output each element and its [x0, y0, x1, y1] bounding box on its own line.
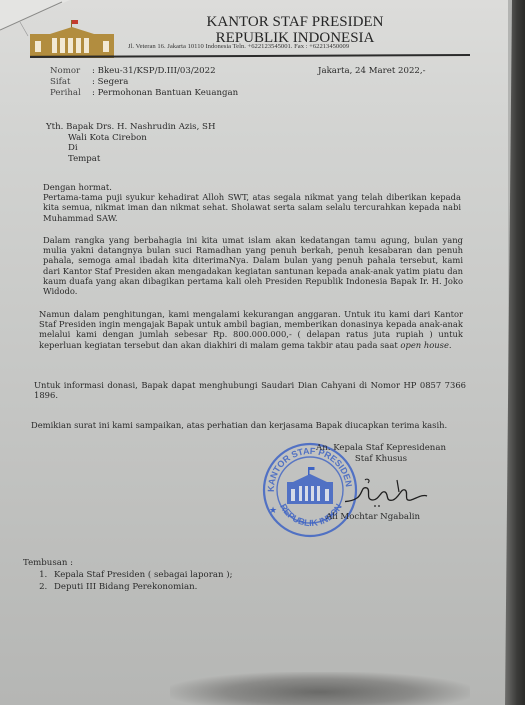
paper-edge-shadow: [505, 0, 525, 705]
open-house-text: open house: [400, 340, 449, 350]
letterhead-title-line1: KANTOR STAF PRESIDEN: [190, 14, 400, 30]
signature-block: An. Kepala Staf Kepresidenan Staf Khusus: [316, 443, 446, 465]
tembusan-item: Kepala Staf Presiden ( sebagai laporan )…: [50, 569, 232, 581]
paragraph-donation-request: Namun dalam penghitungan, kami mengalami…: [39, 309, 463, 350]
tembusan-label: Tembusan :: [23, 557, 232, 569]
perihal-label: Perihal: [50, 88, 92, 99]
letterhead-address: Jl. Veteran 16. Jakarta 10110 Indonesia …: [128, 43, 349, 50]
paragraph-ramadhan: Dalam rangka yang berbahagia ini kita um…: [43, 235, 463, 296]
tembusan-block: Tembusan : Kepala Staf Presiden ( sebaga…: [23, 557, 232, 593]
sifat-label: Sifat: [50, 77, 92, 88]
nomor-label: Nomor: [50, 66, 92, 77]
addressee-line2: Wali Kota Cirebon: [46, 133, 215, 144]
perihal-value: : Permohonan Bantuan Keuangan: [92, 88, 238, 99]
tembusan-item: Deputi III Bidang Perekonomian.: [50, 581, 232, 593]
signatory-title: An. Kepala Staf Kepresidenan: [316, 443, 446, 454]
svg-text:★: ★: [269, 506, 277, 516]
donation-request-end: .: [449, 340, 452, 350]
letter-date: Jakarta, 24 Maret 2022,-: [318, 66, 426, 76]
paragraph-closing: Demikian surat ini kami sampaikan, atas …: [31, 420, 466, 430]
letterhead-title: KANTOR STAF PRESIDEN REPUBLIK INDONESIA: [190, 14, 400, 46]
addressee-line4: Tempat: [46, 154, 215, 165]
signatory-name: Ali Mochtar Ngabalin: [326, 512, 420, 522]
tembusan-list: Kepala Staf Presiden ( sebagai laporan )…: [23, 569, 232, 593]
sifat-value: : Segera: [92, 77, 128, 88]
signatory-position: Staf Khusus: [316, 454, 446, 465]
greeting: Dengan hormat.: [43, 182, 461, 192]
addressee-block: Yth. Bapak Drs. H. Nashrudin Azis, SH Wa…: [46, 122, 215, 164]
handwritten-signature-icon: [345, 476, 435, 510]
nomor-value: : Bkeu-31/KSP/D.III/03/2022: [92, 66, 216, 77]
paragraph-opening: Dengan hormat. Pertama-tama puji syukur …: [43, 182, 461, 223]
paragraph-contact-info: Untuk informasi donasi, Bapak dapat meng…: [34, 380, 466, 400]
letter-paper: [0, 0, 508, 705]
letter-meta: Nomor: Bkeu-31/KSP/D.III/03/2022 Sifat: …: [50, 66, 238, 99]
addressee-line1: Yth. Bapak Drs. H. Nashrudin Azis, SH: [46, 122, 215, 133]
paragraph-opening-text: Pertama-tama puji syukur kehadirat Alloh…: [43, 192, 461, 223]
bottom-shadow: [170, 672, 470, 705]
presidential-palace-icon: [30, 18, 114, 58]
addressee-line3: Di: [46, 143, 215, 154]
